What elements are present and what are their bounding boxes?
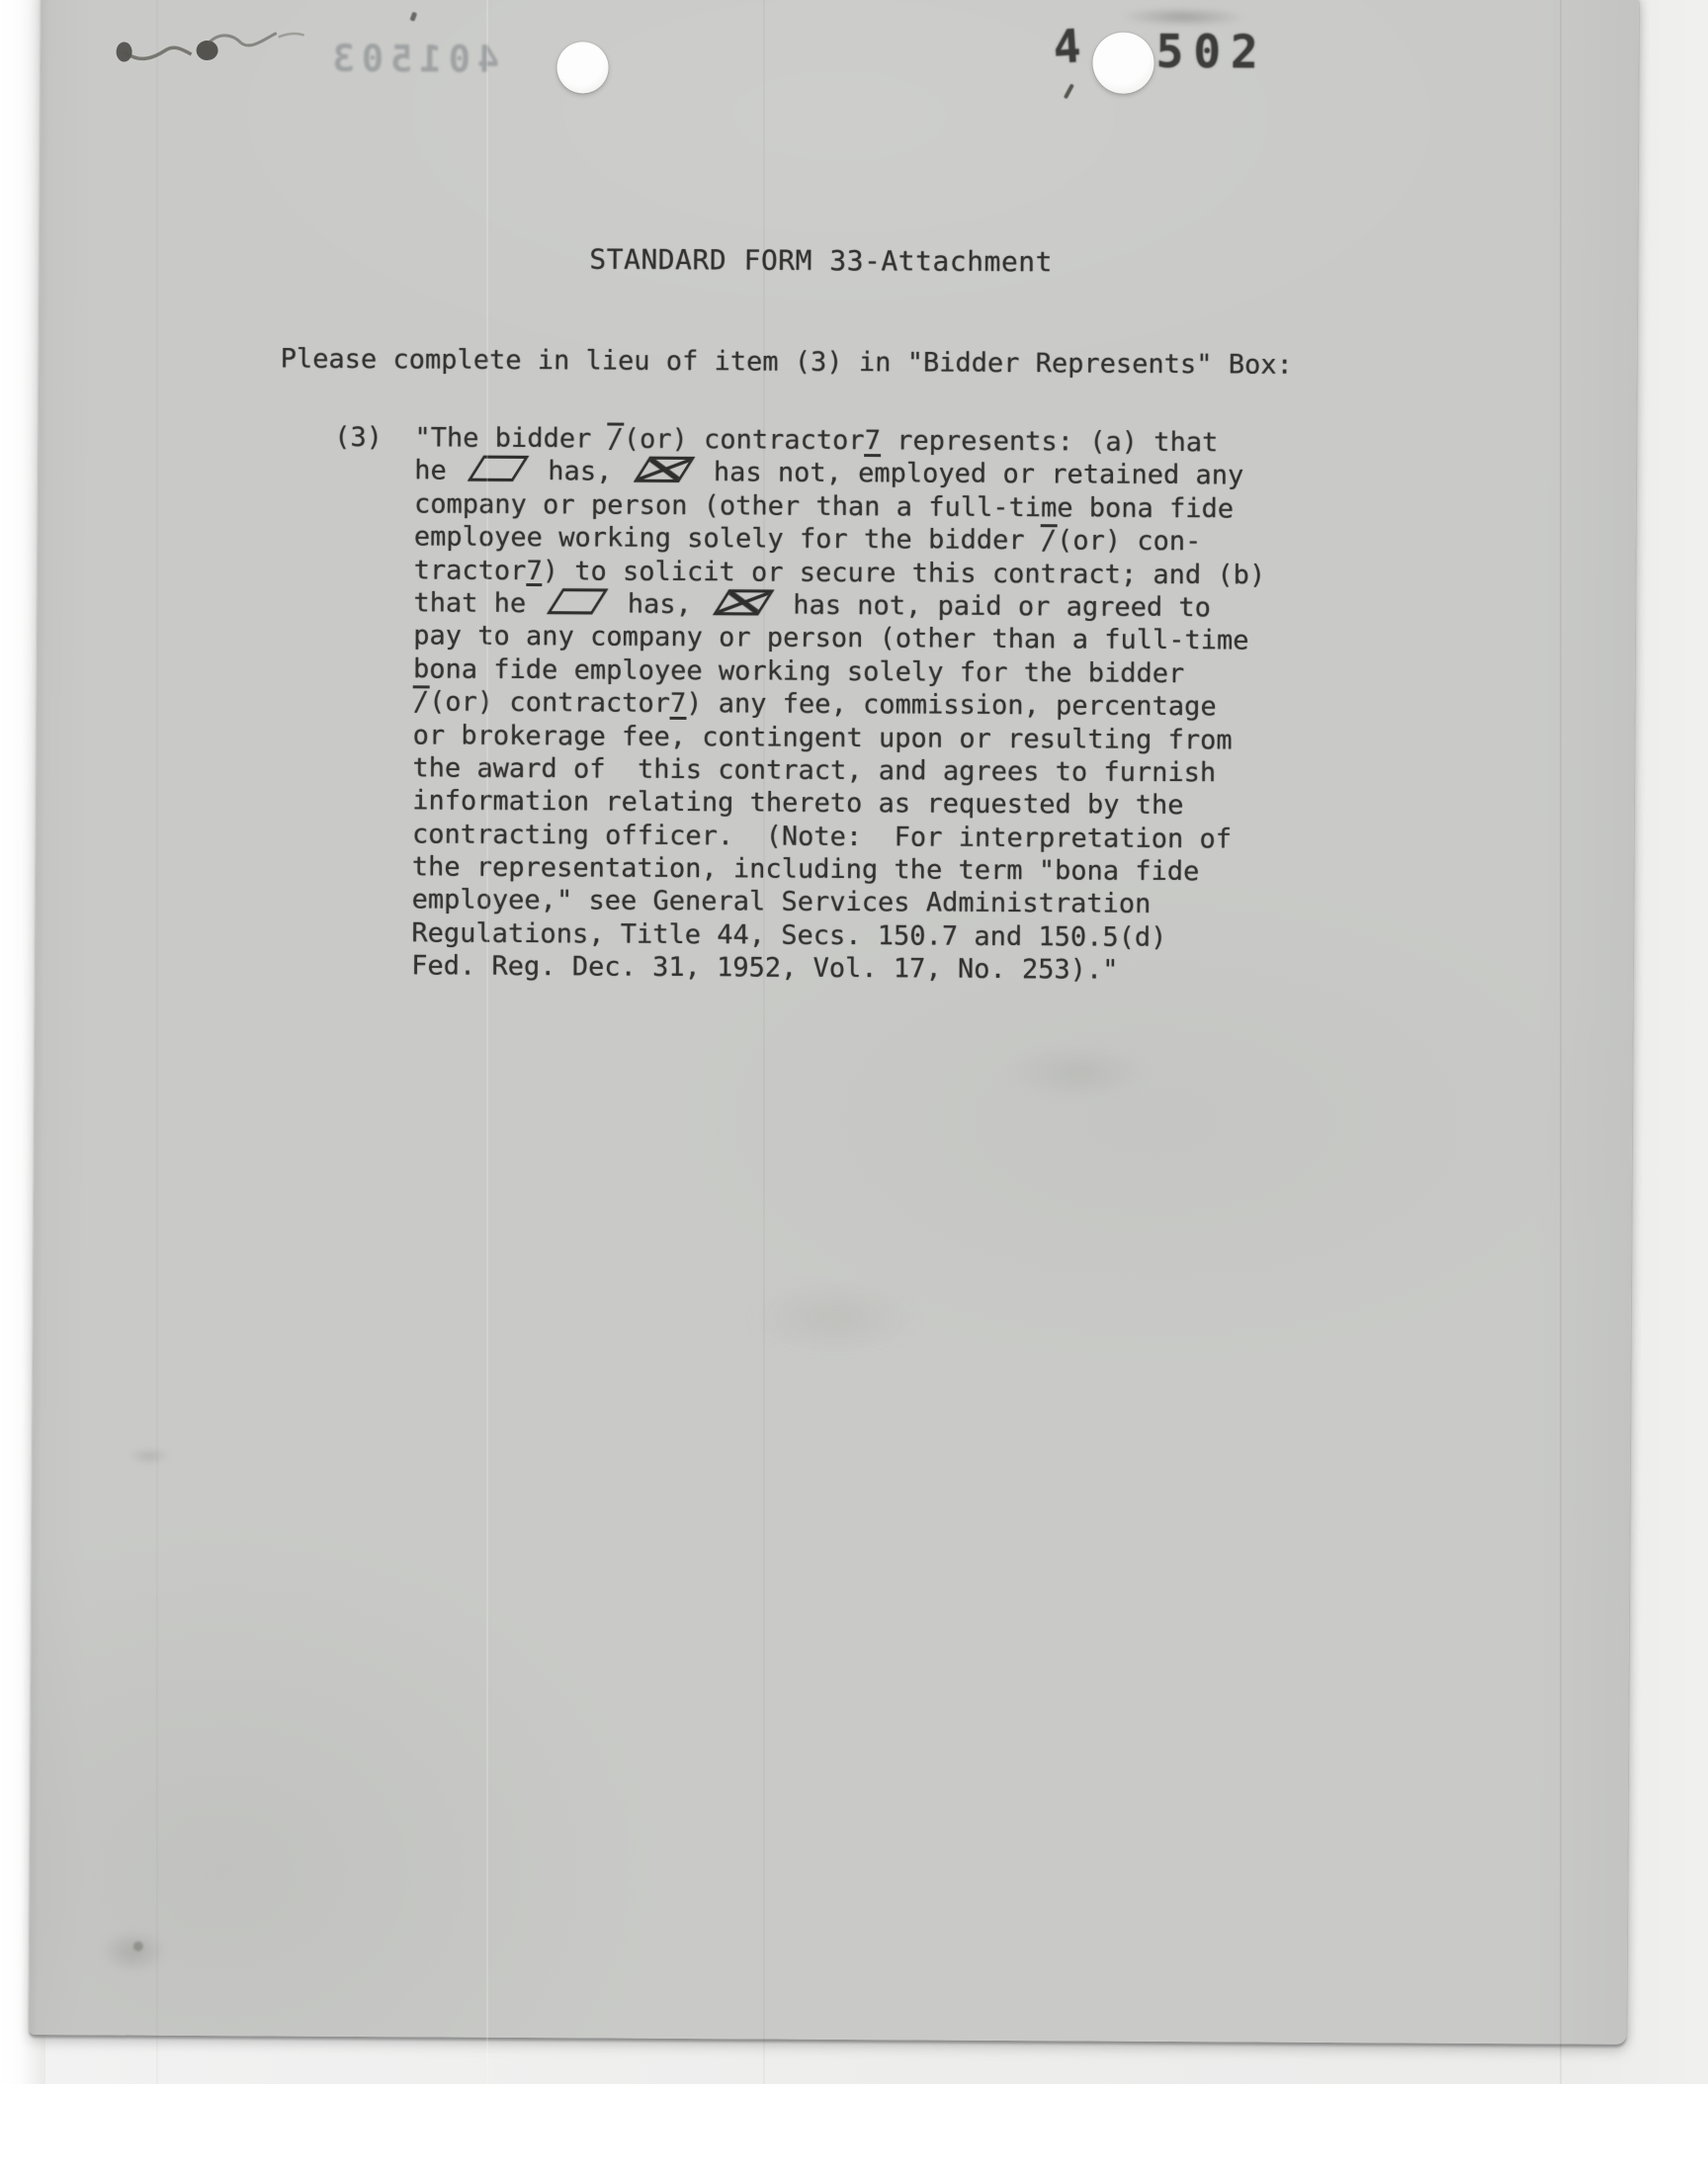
text-segment: he <box>414 456 463 486</box>
form-instruction: Please complete in lieu of item (3) in "… <box>281 343 1293 380</box>
text-segment: has, <box>611 588 708 620</box>
form-text-line: pay to any company or person (other than… <box>333 619 1265 657</box>
text-segment: has not, paid or agreed to <box>777 590 1211 624</box>
bracket-left-glyph: / <box>413 685 429 715</box>
text-segment: (or) contractor <box>624 424 865 456</box>
form-text-line: employee," see General Services Administ… <box>331 883 1263 921</box>
paper-stain <box>128 1446 171 1466</box>
bracket-left-glyph: / <box>1041 524 1057 554</box>
form-text-line: /(or) contractor7) any fee, commission, … <box>332 685 1264 724</box>
bracket-right-glyph: 7 <box>865 428 881 457</box>
text-segment: has not, employed or retained any <box>698 457 1244 490</box>
text-segment: Regulations, Title 44, Secs. 150.7 and 1… <box>411 917 1166 953</box>
text-segment: ) to solicit or secure this contract; an… <box>543 556 1266 590</box>
form-title: STANDARD FORM 33-Attachment <box>589 242 1053 278</box>
bleed-through-number: 401503 <box>325 38 499 81</box>
scanned-document-screenshot: { "document": { "stamp_prefix": "4", "st… <box>0 0 1708 2175</box>
ink-scribble <box>110 24 317 80</box>
text-segment: or brokerage fee, contingent upon or res… <box>413 720 1233 755</box>
text-segment: information relating thereto as requeste… <box>412 786 1183 822</box>
text-segment: employee," see General Services Administ… <box>412 885 1152 920</box>
bracket-right-glyph: 7 <box>526 559 542 587</box>
text-segment: (3) "The bidder <box>334 422 608 455</box>
checkbox-marked-icon <box>633 457 694 482</box>
text-segment: that he <box>413 587 542 619</box>
text-segment: company or person (other than a full-tim… <box>414 488 1234 524</box>
stamp-tick-mark <box>1064 83 1074 99</box>
checkbox-empty-icon <box>547 588 608 614</box>
text-segment: employee working solely for the bidder <box>414 521 1041 556</box>
text-segment: pay to any company or person (other than… <box>413 621 1248 656</box>
paper-stain <box>99 1928 168 1973</box>
bracket-right-glyph: 7 <box>670 691 686 720</box>
paper-stain <box>745 1277 923 1357</box>
scanned-page: 4 502 401503 STANDARD FORM 33-Attachment… <box>29 0 1639 2044</box>
text-segment: Fed. Reg. Dec. 31, 1952, Vol. 17, No. 25… <box>411 951 1118 986</box>
hole-punch-left <box>556 42 608 93</box>
form-text-line: he has, has not, employed or retained an… <box>334 454 1266 492</box>
text-segment: represents: (a) that <box>881 425 1219 458</box>
form-item-3: (3) "The bidder /(or) contractor7 repres… <box>331 421 1266 988</box>
paper-stain <box>1003 1042 1152 1102</box>
text-segment: the award of this contract, and agrees t… <box>412 752 1216 788</box>
text-segment: contracting officer. (Note: For interpre… <box>412 819 1232 854</box>
paper-stain <box>133 1942 143 1952</box>
page-stamp-prefix: 4 <box>1052 20 1082 75</box>
page-stamp-number: 502 <box>1155 25 1267 79</box>
form-text-line: information relating thereto as requeste… <box>332 784 1264 823</box>
text-segment: the representation, including the term "… <box>412 851 1200 887</box>
hole-punch-right <box>1092 32 1153 93</box>
text-segment: (or) contractor <box>429 687 670 719</box>
checkbox-marked-icon <box>713 589 774 615</box>
bracket-left-glyph: / <box>607 423 623 453</box>
form-text-line: employee working solely for the bidder /… <box>334 520 1266 559</box>
checkbox-empty-icon <box>468 456 529 481</box>
text-segment: tractor <box>414 555 527 586</box>
text-segment: bona fide employee working solely for th… <box>413 653 1184 689</box>
text-segment: (or) con- <box>1057 525 1201 557</box>
form-text-line: or brokerage fee, contingent upon or res… <box>332 718 1264 756</box>
text-segment: has, <box>532 456 629 487</box>
ink-speck <box>409 12 417 22</box>
text-segment: ) any fee, commission, percentage <box>686 688 1217 722</box>
form-text-line: Fed. Reg. Dec. 31, 1952, Vol. 17, No. 25… <box>331 949 1263 988</box>
form-text-line: tractor7) to solicit or secure this cont… <box>333 553 1265 591</box>
